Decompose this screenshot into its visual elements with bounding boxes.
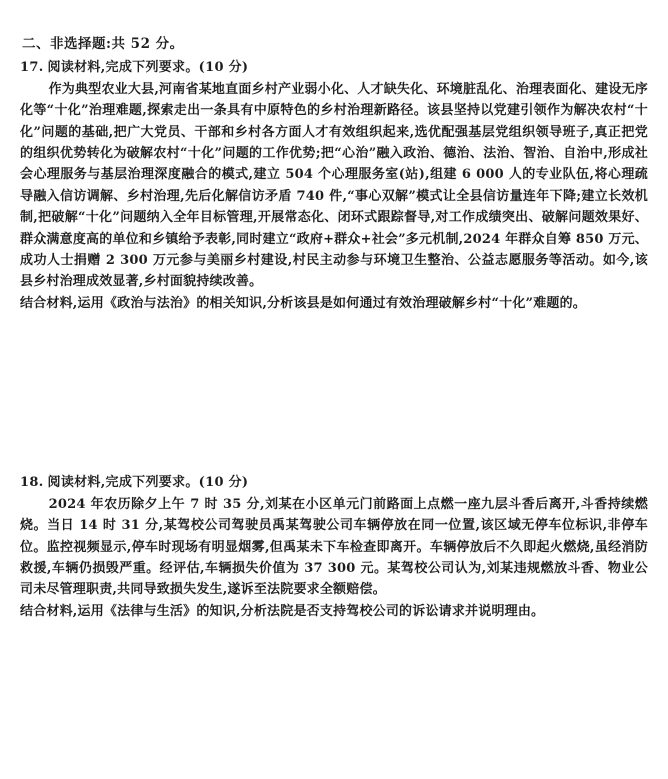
question-17-material: 作为典型农业大县,河南省某地直面乡村产业弱小化、人才缺失化、环境脏乱化、治理表面… [20,79,648,293]
question-17: 17.阅读材料,完成下列要求。(10 分) 作为典型农业大县,河南省某地直面乡村… [20,57,648,314]
question-prompt: 阅读材料,完成下列要求。(10 分) [48,60,249,75]
question-18-header: 18.阅读材料,完成下列要求。(10 分) [20,472,648,493]
page-content: 二、非选择题:共 52 分。 17.阅读材料,完成下列要求。(10 分) 作为典… [0,0,668,622]
answer-space-gap [20,314,648,472]
question-18-material: 2024 年农历除夕上午 7 时 35 分,刘某在小区单元门前路面上点燃一座九层… [20,494,648,601]
question-17-header: 17.阅读材料,完成下列要求。(10 分) [20,57,648,78]
section-header: 二、非选择题:共 52 分。 [22,34,648,55]
question-prompt: 阅读材料,完成下列要求。(10 分) [48,475,249,490]
question-number: 18. [20,475,44,490]
question-18: 18.阅读材料,完成下列要求。(10 分) 2024 年农历除夕上午 7 时 3… [20,472,648,622]
question-number: 17. [20,60,44,75]
question-17-task: 结合材料,运用《政治与法治》的相关知识,分析该县是如何通过有效治理破解乡村“十化… [20,293,648,314]
question-18-task: 结合材料,运用《法律与生活》的知识,分析法院是否支持驾校公司的诉讼请求并说明理由… [20,601,648,622]
exam-paper-page: 二、非选择题:共 52 分。 17.阅读材料,完成下列要求。(10 分) 作为典… [0,0,668,779]
